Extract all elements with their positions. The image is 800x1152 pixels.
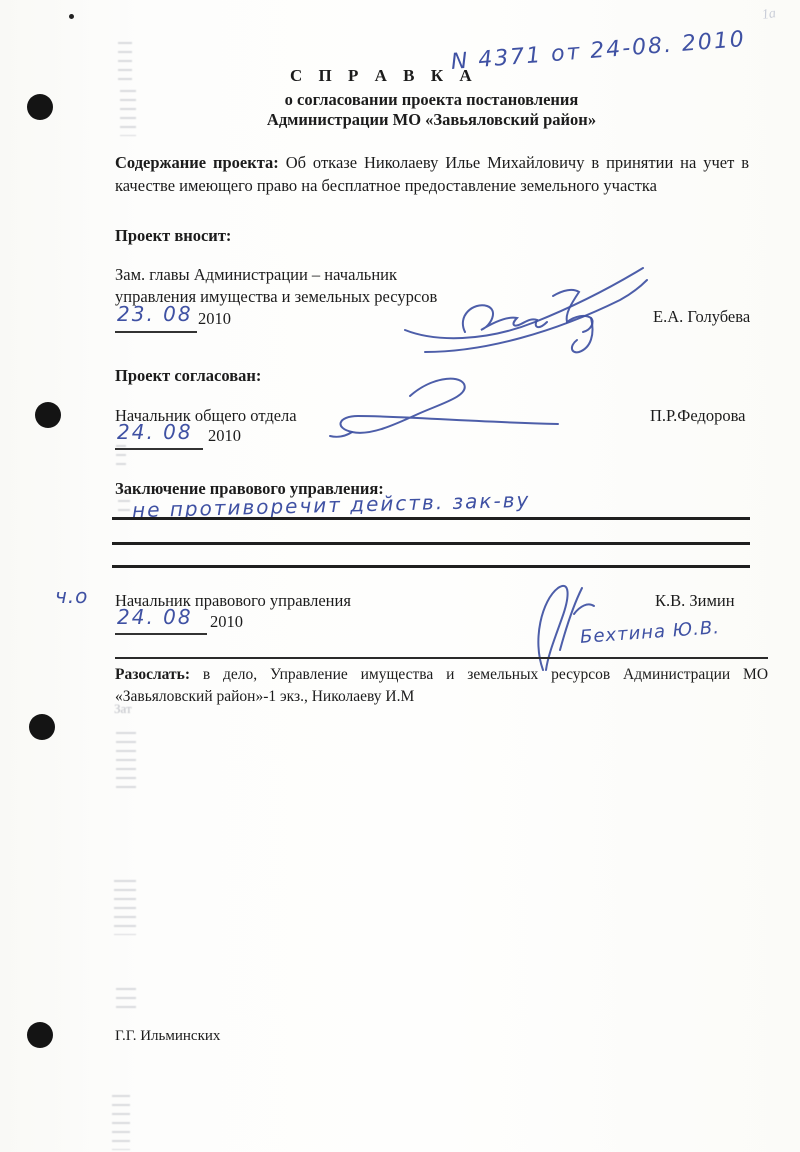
- scan-bleed-artifact: [112, 1095, 130, 1150]
- project-content-label: Содержание проекта:: [115, 153, 279, 172]
- document-subtitle-line2: Администрации МО «Завьяловский район»: [115, 108, 748, 131]
- signature-golubeva: [395, 260, 660, 360]
- handwritten-date-submitter: 23. 08: [117, 302, 193, 326]
- typed-year-agreed: 2010: [208, 424, 241, 447]
- legal-name: К.В. Зимин: [655, 589, 735, 612]
- distribution-paragraph: Разослать: в дело, Управление имущества …: [115, 664, 768, 707]
- distribution-text: в дело, Управление имущества и земельных…: [115, 666, 768, 705]
- submitted-by-label: Проект вносит:: [115, 224, 231, 247]
- hole-punch-mark: [29, 714, 55, 740]
- date-underline: [115, 448, 203, 450]
- typed-year-submitter: 2010: [198, 307, 231, 330]
- ink-dot-artifact: [69, 14, 74, 19]
- hole-punch-mark: [35, 402, 61, 428]
- ruled-line: [112, 542, 750, 545]
- hole-punch-mark: [27, 94, 53, 120]
- distribution-label: Разослать:: [115, 666, 190, 683]
- handwritten-margin-note: ч.о: [55, 584, 88, 608]
- date-underline: [115, 633, 207, 635]
- typed-year-legal: 2010: [210, 610, 243, 633]
- scan-bleed-artifact: [118, 42, 132, 84]
- project-content-paragraph: Содержание проекта: Об отказе Николаеву …: [115, 151, 749, 197]
- scanned-document-page: 1а Зат С П Р А В К А N 4371 от 24-08. 20…: [0, 0, 800, 1152]
- handwritten-document-number: N 4371 от 24-08. 2010: [450, 27, 747, 75]
- executor-name: Г.Г. Ильминских: [115, 1028, 220, 1045]
- submitter-name: Е.А. Голубева: [653, 305, 750, 328]
- handwritten-date-legal: 24. 08: [117, 605, 193, 629]
- hole-punch-mark: [27, 1022, 53, 1048]
- scan-bleed-artifact: [118, 500, 130, 518]
- ruled-line: [112, 565, 750, 568]
- separator-line: [115, 657, 768, 659]
- scan-bleed-artifact: [114, 880, 136, 935]
- pencil-page-note: 1а: [761, 6, 777, 24]
- ruled-line: [112, 517, 750, 520]
- agreed-label: Проект согласован:: [115, 364, 261, 387]
- submitter-position-line1: Зам. главы Администрации – начальник: [115, 263, 397, 286]
- agreed-name: П.Р.Федорова: [650, 404, 745, 427]
- date-underline: [115, 331, 197, 333]
- handwritten-date-agreed: 24. 08: [117, 420, 193, 444]
- scan-bleed-artifact: [116, 732, 136, 792]
- document-title: С П Р А В К А: [290, 66, 478, 86]
- scan-bleed-artifact: [116, 988, 136, 1012]
- signature-fedorova: [322, 374, 567, 446]
